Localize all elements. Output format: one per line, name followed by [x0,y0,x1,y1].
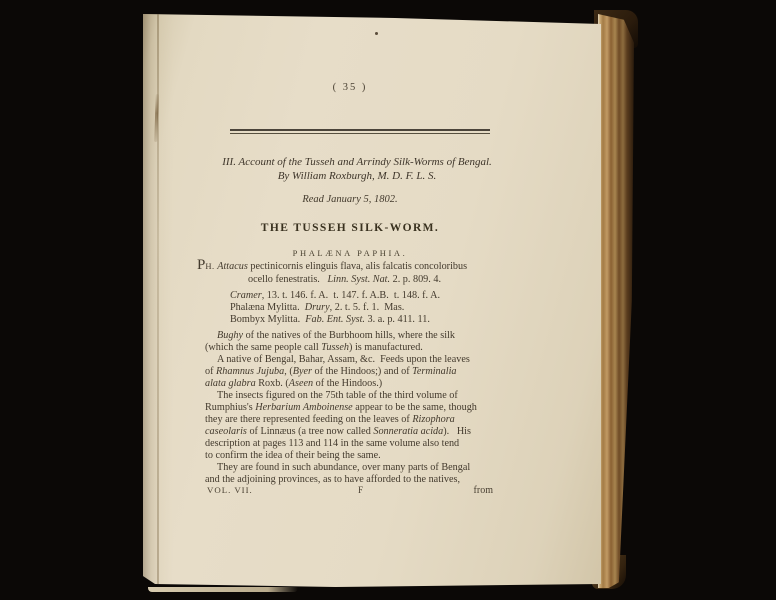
species-diagnosis: PH. Attacus pectinicornis elinguis flava… [197,260,487,286]
text-line: (which the same people call Tusseh) is m… [205,342,495,354]
text-line: of Rhamnus Jujuba, (Byer of the Hindoos;… [205,366,495,378]
section-title: THE TUSSEH SILK-WORM. [205,222,495,234]
book-fore-edge [598,14,634,588]
text-line: caseolaris of Linnæus (a tree now called… [205,426,495,438]
article-author: By William Roxburgh, M. D. F. L. S. [219,169,495,183]
synonymy-references: Cramer, 13. t. 146. f. A. t. 147. f. A.B… [205,290,495,326]
text-line: PH. Attacus pectinicornis elinguis flava… [197,260,487,273]
text-line: to confirm the idea of their being the s… [205,450,495,462]
text-column: ( 35 ) III. Account of the Tusseh and Ar… [205,8,495,588]
text-line: They are found in such abundance, over m… [205,462,495,474]
book-page: ( 35 ) III. Account of the Tusseh and Ar… [143,8,601,588]
volume-label: VOL. VII. [207,485,253,495]
catchword: from [474,485,493,496]
text-line: Bughy of the natives of the Burbhoom hil… [205,330,495,342]
text-line: description at pages 113 and 114 in the … [205,438,495,450]
photo-background: ( 35 ) III. Account of the Tusseh and Ar… [0,0,776,600]
signature-mark: F [358,485,363,495]
text-line: alata glabra Roxb. (Aseen of the Hindoos… [205,378,495,390]
text-line: A native of Bengal, Bahar, Assam, &c. Fe… [205,354,495,366]
bottom-page-edge [148,587,298,592]
text-line: they are there represented feeding on th… [205,414,495,426]
text-line: Rumphius's Herbarium Amboinense appear t… [205,402,495,414]
article-heading: III. Account of the Tusseh and Arrindy S… [205,155,495,183]
text-line: ocello fenestratis. Linn. Syst. Nat. 2. … [197,273,487,286]
double-rule [230,129,490,134]
read-date: Read January 5, 1802. [205,194,495,205]
page-footer: VOL. VII. F from [205,485,495,499]
body-text: Bughy of the natives of the Burbhoom hil… [205,330,495,486]
text-line: Cramer, 13. t. 146. f. A. t. 147. f. A.B… [205,290,495,302]
text-line: The insects figured on the 75th table of… [205,390,495,402]
article-title: III. Account of the Tusseh and Arrindy S… [219,155,495,169]
species-heading: PHALÆNA PAPHIA. [205,248,495,258]
page-number: ( 35 ) [205,82,495,93]
text-line: Phalæna Mylitta. Drury, 2. t. 5. f. 1. M… [205,302,495,314]
text-line: Bombyx Mylitta. Fab. Ent. Syst. 3. a. p.… [205,314,495,326]
